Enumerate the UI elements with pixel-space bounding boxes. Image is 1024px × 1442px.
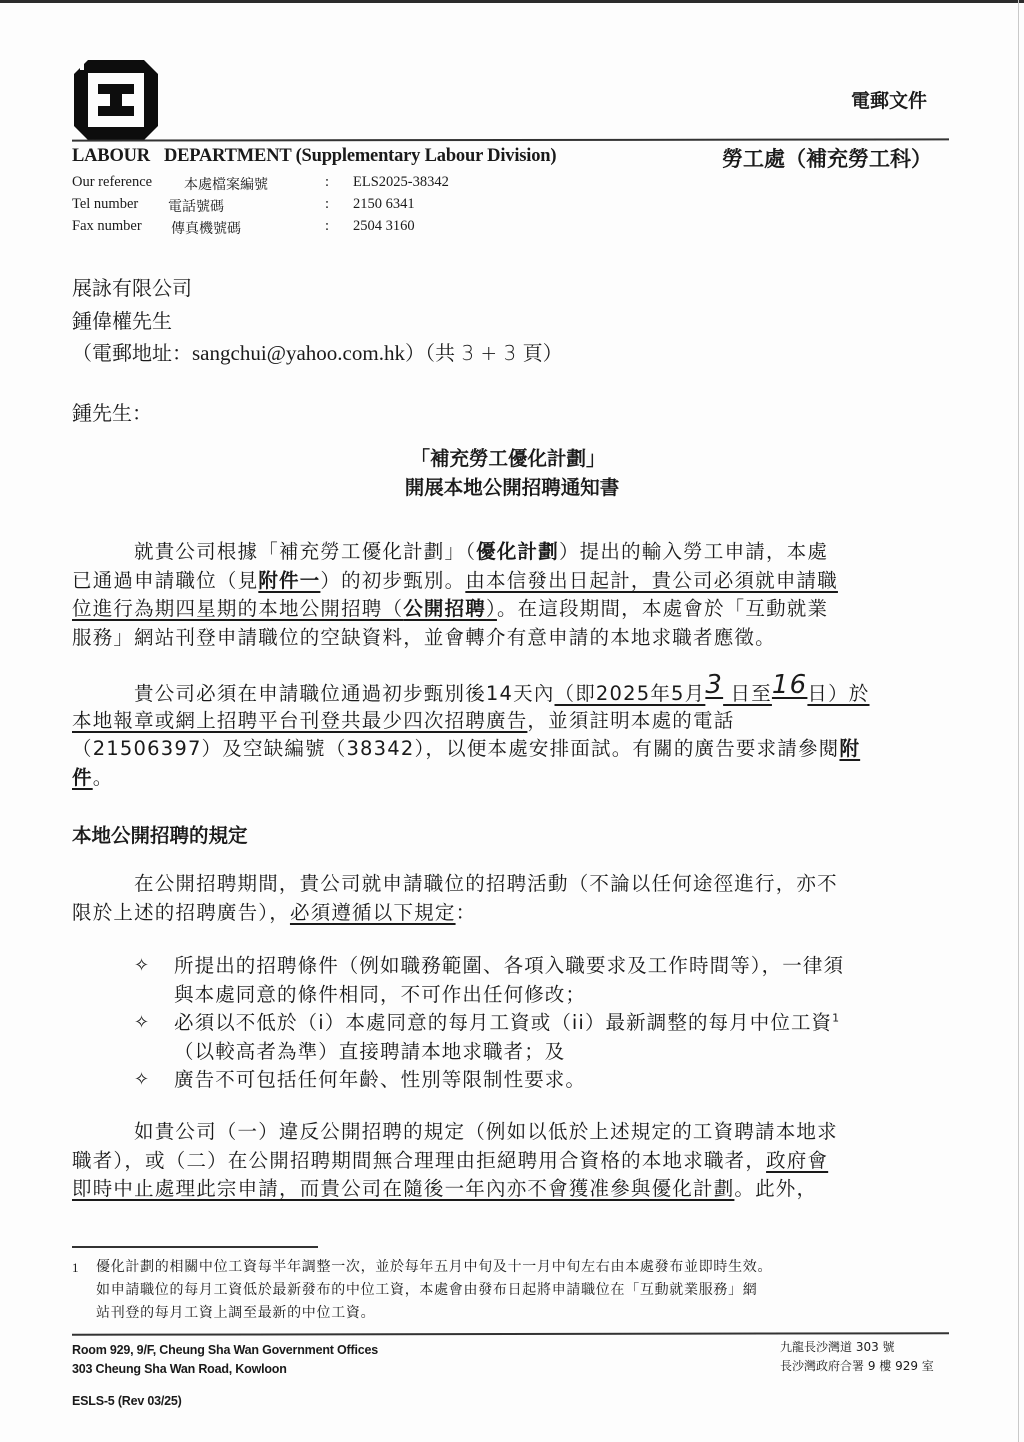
- email-prefix: （電郵地址：: [72, 341, 192, 365]
- scan-right-edge: [1018, 0, 1019, 1442]
- para-line: 職者），或（二）在公開招聘期間無合理理由拒絕聘用合資格的本地求職者，政府會: [72, 1147, 949, 1176]
- footnote-number: 1: [72, 1256, 79, 1279]
- document-type-label: 電郵文件: [851, 86, 927, 113]
- footnote-line: 如申請職位的每月工資低於最新發布的中位工資，本處會由發布日起將申請職位在「互動就…: [96, 1279, 949, 1302]
- paragraph-advertising-requirement: 貴公司必須在申請職位通過初步甄別後14天內（即2025年5月3 日至16日）於 …: [72, 678, 949, 792]
- department-word-labour: LABOUR: [72, 146, 150, 166]
- footer-address-zh: 九龍長沙灣道 303 號 長沙灣政府合署 9 樓 929 室: [780, 1338, 934, 1376]
- meta-label-en: Our reference: [72, 174, 152, 191]
- footer-address-en: Room 929, 9/F, Cheung Sha Wan Government…: [72, 1341, 378, 1379]
- footer-address-line: Room 929, 9/F, Cheung Sha Wan Government…: [72, 1341, 378, 1360]
- para-line: 限於上述的招聘廣告），必須遵循以下規定：: [72, 899, 949, 928]
- footer-address-line: 九龍長沙灣道 303 號: [780, 1338, 934, 1357]
- meta-label-zh: 傳真機號碼: [171, 218, 241, 238]
- para-line: 本地報章或網上招聘平台刊登共最少四次招聘廣告，並須註明本處的電話: [72, 707, 949, 736]
- tel-number: 2150 6341: [353, 196, 415, 213]
- paragraph-initial-screening: 就貴公司根據「補充勞工優化計劃」（優化計劃）提出的輸入勞工申請，本處 已通過申請…: [72, 538, 949, 652]
- department-name-en: LABOURDEPARTMENT (Supplementary Labour D…: [72, 146, 556, 167]
- form-code: ESLS-5 (Rev 03/25): [72, 1394, 182, 1408]
- rule-item: ✧ 廣告不可包括任何年齡、性別等限制性要求。: [134, 1066, 949, 1095]
- salutation: 鍾先生：: [72, 397, 152, 426]
- header-divider: [72, 138, 949, 141]
- footer-address-line: 303 Cheung Sha Wan Road, Kowloon: [72, 1360, 378, 1379]
- diamond-bullet-icon: ✧: [134, 952, 150, 981]
- footer-divider: [72, 1332, 949, 1336]
- letter-title-line1: 「補充勞工優化計劃」: [0, 443, 1020, 471]
- department-division-en: DEPARTMENT (Supplementary Labour Divisio…: [164, 146, 556, 166]
- rules-list: ✧ 所提出的招聘條件（例如職務範圍、各項入職要求及工作時間等），一律須 與本處同…: [134, 952, 949, 1095]
- para-line: 已通過申請職位（見附件一）的初步甄別。由本信發出日起計，貴公司必須就申請職: [72, 567, 949, 596]
- meta-colon: :: [325, 174, 329, 191]
- recipient-company: 展詠有限公司: [72, 272, 192, 301]
- letter-title-line2: 開展本地公開招聘通知書: [0, 472, 1024, 500]
- para-line: 位進行為期四星期的本地公開招聘（公開招聘）。在這段期間，本處會於「互動就業: [72, 595, 949, 624]
- recipient-email-line: （電郵地址：sangchui@yahoo.com.hk）（共 3 + 3 頁）: [72, 337, 563, 366]
- meta-label-en: Tel number: [72, 196, 138, 213]
- diamond-bullet-icon: ✧: [134, 1009, 150, 1038]
- scan-top-edge: [0, 0, 1024, 3]
- handwritten-end-day: 16: [772, 670, 807, 700]
- footnote-divider: [72, 1246, 318, 1248]
- recipient-email: sangchui@yahoo.com.hk: [192, 341, 405, 365]
- para-line: 即時中止處理此宗申請，而貴公司在隨後一年內亦不會獲准參與優化計劃。此外，: [72, 1175, 949, 1204]
- rule-item: ✧ 必須以不低於（i）本處同意的每月工資或（ii）最新調整的每月中位工資1 （以…: [134, 1009, 949, 1066]
- labour-department-logo-icon: [74, 60, 158, 140]
- meta-label-zh: 本處檔案編號: [184, 174, 268, 194]
- handwritten-start-day: 3: [705, 670, 723, 700]
- page-count: ）（共 3 + 3 頁）: [405, 341, 563, 365]
- footnote-line: 優化計劃的相關中位工資每半年調整一次，並於每年五月中旬及十一月中旬左右由本處發布…: [96, 1256, 949, 1279]
- footnote-reference: 1: [832, 1012, 840, 1025]
- meta-colon: :: [325, 196, 329, 213]
- department-name-zh: 勞工處（補充勞工科）: [722, 143, 932, 173]
- meta-colon: :: [325, 218, 329, 235]
- paragraph-consequences: 如貴公司（一）違反公開招聘的規定（例如以低於上述規定的工資聘請本地求 職者），或…: [72, 1118, 949, 1204]
- paragraph-rules-intro: 在公開招聘期間，貴公司就申請職位的招聘活動（不論以任何途徑進行，亦不 限於上述的…: [72, 870, 949, 927]
- footnote: 1 優化計劃的相關中位工資每半年調整一次，並於每年五月中旬及十一月中旬左右由本處…: [72, 1256, 949, 1325]
- meta-label-zh: 電話號碼: [168, 196, 224, 216]
- recipient-name: 鍾偉權先生: [72, 305, 172, 334]
- rule-item: ✧ 所提出的招聘條件（例如職務範圍、各項入職要求及工作時間等），一律須 與本處同…: [134, 952, 949, 1009]
- fax-number: 2504 3160: [353, 218, 415, 235]
- para-line: 在公開招聘期間，貴公司就申請職位的招聘活動（不論以任何途徑進行，亦不: [72, 870, 949, 899]
- section-heading-rules: 本地公開招聘的規定: [72, 820, 248, 848]
- para-line: 貴公司必須在申請職位通過初步甄別後14天內（即2025年5月3 日至16日）於: [72, 678, 949, 707]
- para-line: 服務」網站刊登申請職位的空缺資料，並會轉介有意申請的本地求職者應徵。: [72, 624, 949, 653]
- para-line: 如貴公司（一）違反公開招聘的規定（例如以低於上述規定的工資聘請本地求: [72, 1118, 949, 1147]
- para-line: 就貴公司根據「補充勞工優化計劃」（優化計劃）提出的輸入勞工申請，本處: [72, 538, 949, 567]
- footer-address-line: 長沙灣政府合署 9 樓 929 室: [780, 1357, 934, 1376]
- meta-label-en: Fax number: [72, 218, 142, 235]
- footnote-line: 站刊登的每月工資上調至最新的中位工資。: [96, 1302, 949, 1325]
- diamond-bullet-icon: ✧: [134, 1066, 150, 1095]
- para-line: 件。: [72, 764, 949, 793]
- reference-number: ELS2025-38342: [353, 174, 449, 191]
- para-line: （21506397）及空缺編號（38342），以便本處安排面試。有關的廣告要求請…: [72, 735, 949, 764]
